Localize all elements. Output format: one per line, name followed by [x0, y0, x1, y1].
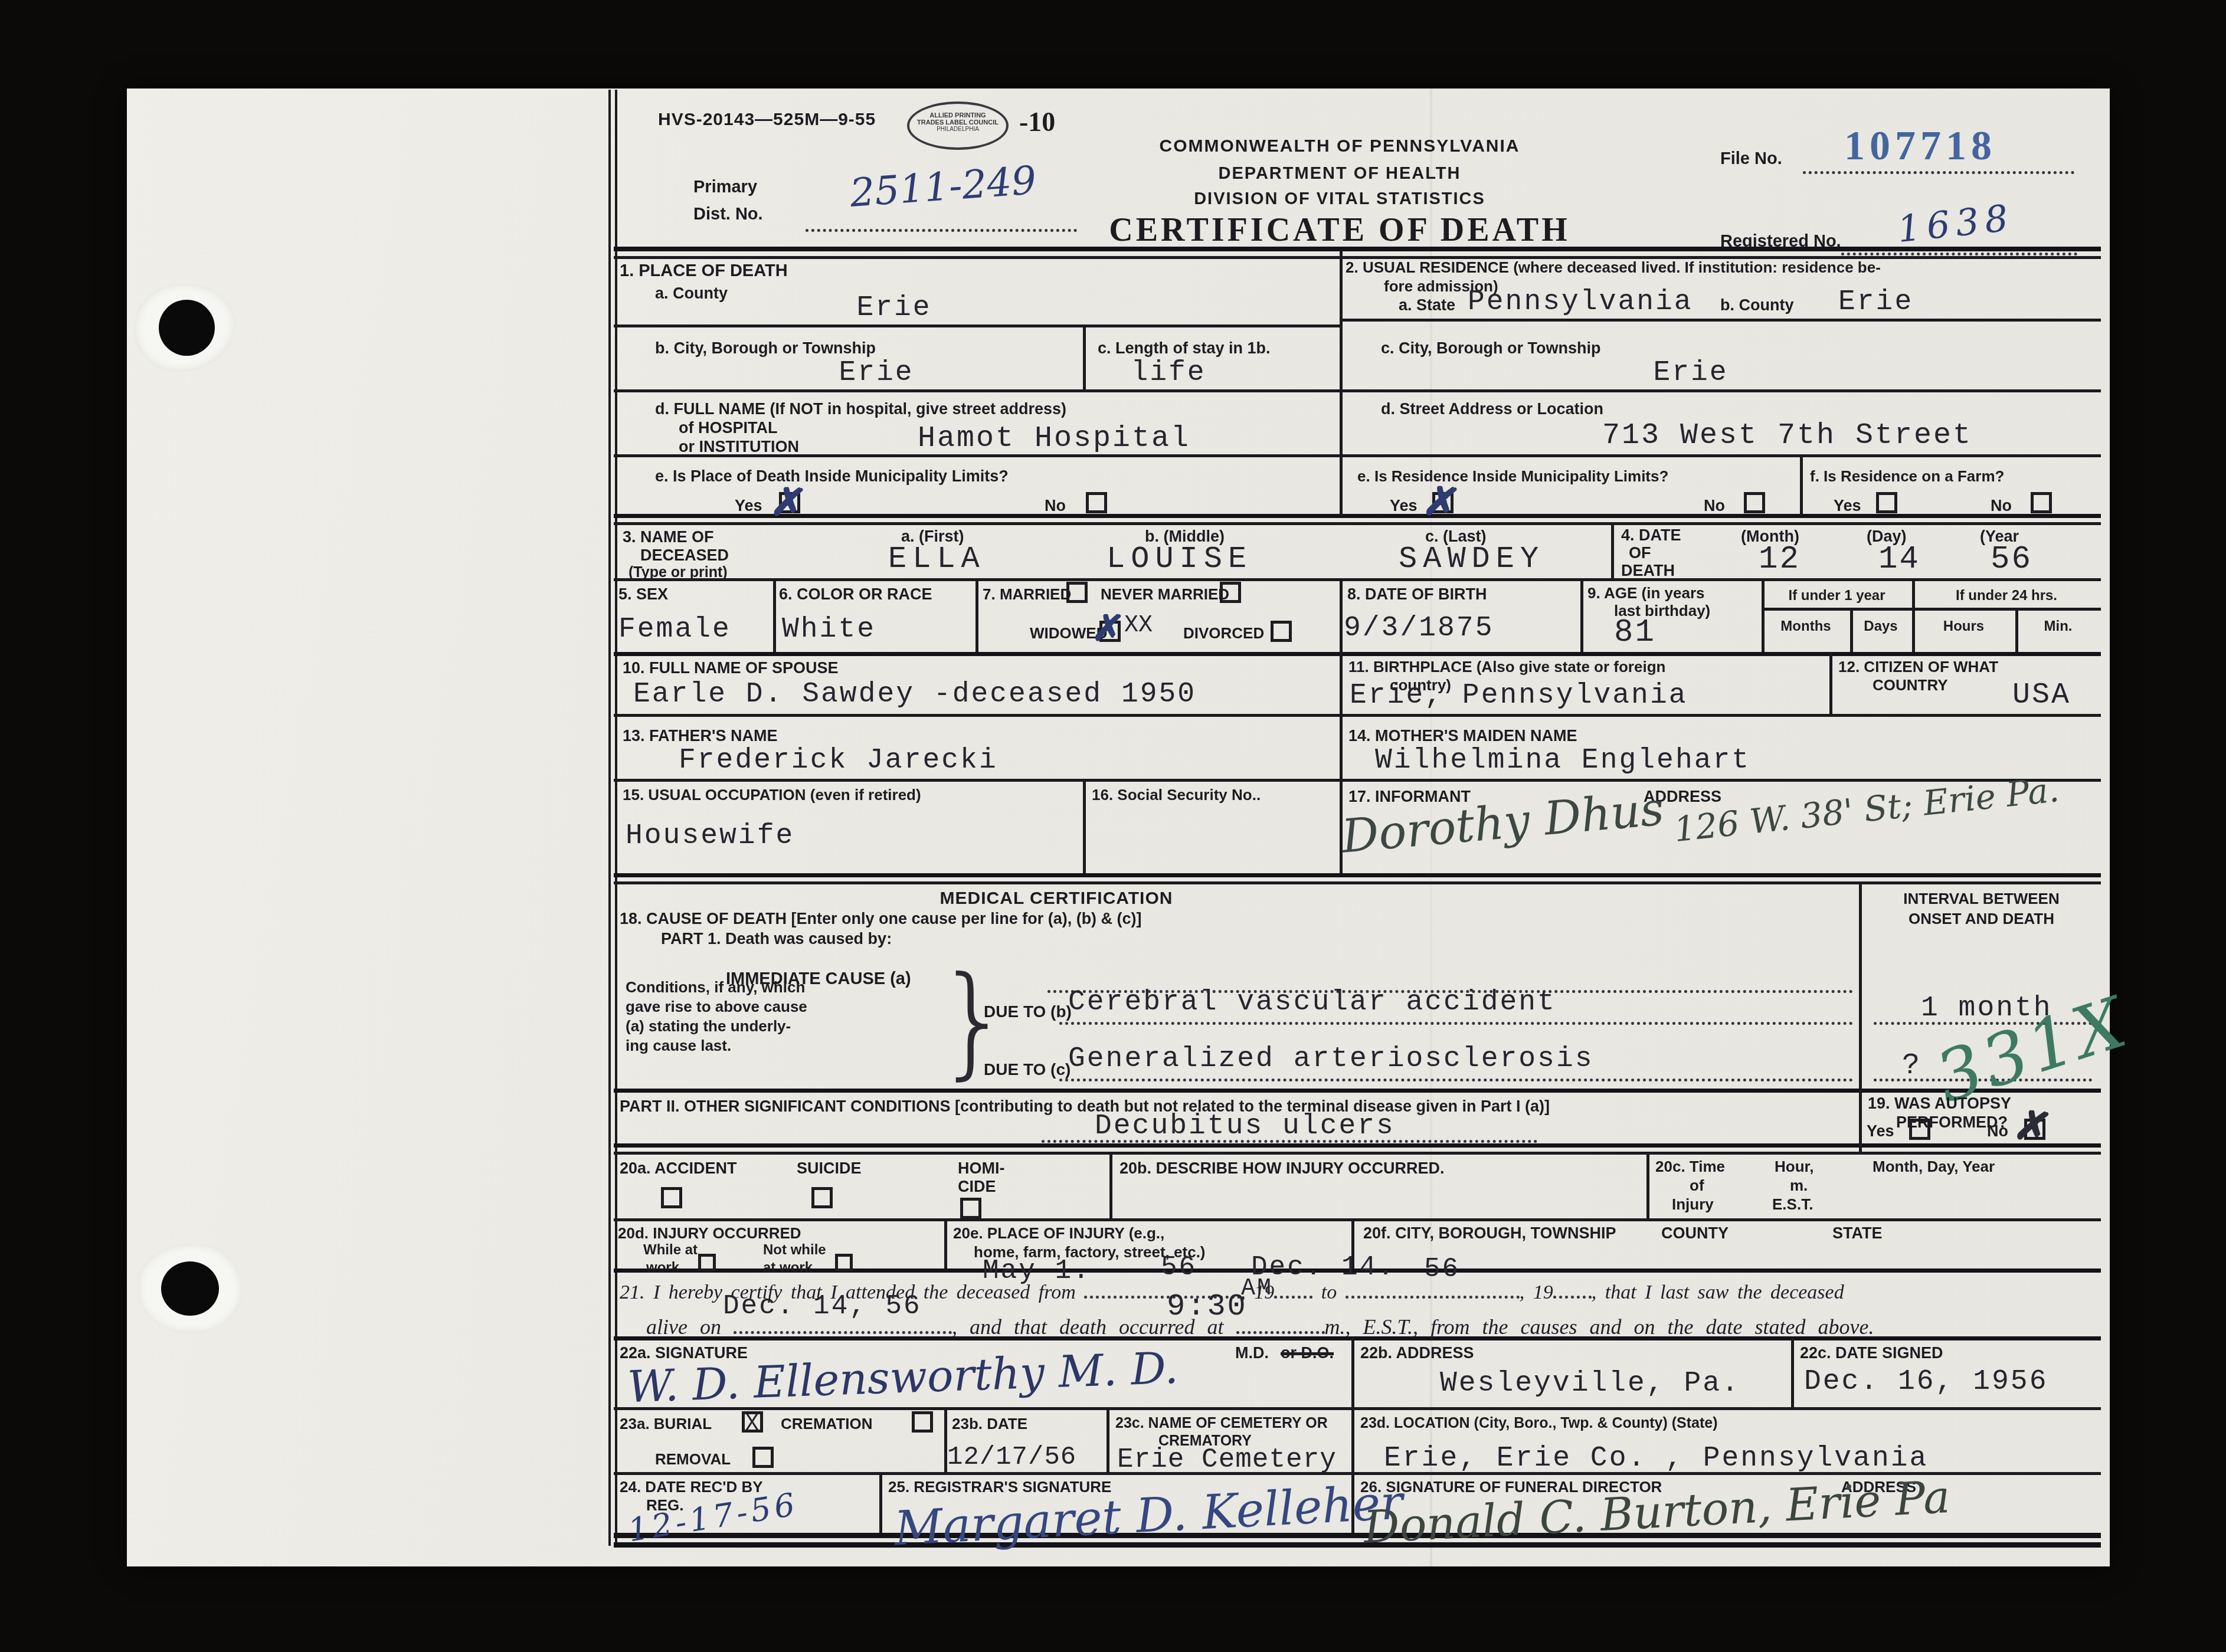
union-label-suffix: -10 — [1019, 106, 1055, 137]
s23a-burial-label: 23a. BURIAL — [620, 1415, 712, 1433]
s2f-yes-checkbox[interactable] — [1876, 492, 1897, 513]
s1d-value: Hamot Hospital — [918, 422, 1190, 455]
s21-fromyear-value: 56 — [1161, 1252, 1197, 1283]
rule — [1580, 578, 1583, 652]
s20d-whileat-2: work — [646, 1260, 679, 1276]
punch-hole-top — [159, 300, 215, 356]
s20f-label: 20f. CITY, BOROUGH, TOWNSHIP — [1363, 1224, 1616, 1243]
s1b-label: b. City, Borough or Township — [655, 339, 876, 358]
s20c-time-3: Injury — [1672, 1195, 1714, 1214]
scanned-death-certificate: { "colors":{"paper":"#eae9e4","ink":"#1d… — [0, 0, 2226, 1652]
rule — [1800, 454, 1803, 516]
s20a-accident-label: 20a. ACCIDENT — [620, 1159, 737, 1178]
s22a-md-label: M.D. — [1235, 1344, 1269, 1363]
s22b-label: 22b. ADDRESS — [1360, 1344, 1474, 1363]
s14-label: 14. MOTHER'S MAIDEN NAME — [1348, 727, 1577, 746]
s3-title2: DECEASED — [640, 546, 729, 565]
s20d-label: 20d. INJURY OCCURRED — [618, 1224, 801, 1243]
s15-label: 15. USUAL OCCUPATION (even if retired) — [623, 786, 921, 804]
s7-divorced-checkbox[interactable] — [1271, 621, 1292, 642]
s2a-value: Pennsylvania — [1468, 286, 1693, 318]
s20d-notwhile-2: at work — [763, 1260, 813, 1276]
s11-label1: 11. BIRTHPLACE (Also give state or forei… — [1348, 658, 1665, 676]
s7-widowed-xx: XX — [1124, 612, 1153, 639]
s20e-label-1: 20e. PLACE OF INJURY (e.g., — [953, 1224, 1164, 1243]
rule — [614, 1218, 2101, 1221]
rule — [614, 1407, 2101, 1410]
s7-married-label: 7. MARRIED — [983, 585, 1071, 604]
s4-day-value: 14 — [1878, 542, 1920, 578]
s21-text-3: to — [1321, 1281, 1337, 1303]
s21-fromyear-line — [1274, 1296, 1312, 1299]
s3-last-value: SAWDEY — [1399, 542, 1544, 576]
union-label-line2: TRADES LABEL COUNCIL — [909, 119, 1006, 126]
s2b-value: Erie — [1838, 286, 1913, 318]
s10-value: Earle D. Sawdey -deceased 1950 — [633, 678, 1196, 710]
interval-header-2: ONSET AND DEATH — [1865, 910, 2098, 928]
s18-cond-line3: (a) stating the underly- — [626, 1017, 791, 1035]
s8-value: 9/3/1875 — [1344, 612, 1494, 644]
union-label-line1: ALLIED PRINTING — [909, 112, 1006, 119]
rule — [614, 1089, 2101, 1093]
s23b-label: 23b. DATE — [952, 1415, 1027, 1433]
s20c-time-2: of — [1690, 1176, 1704, 1195]
s9-hours-label: Hours — [1915, 618, 2012, 635]
punch-hole-area-top — [134, 283, 235, 372]
s2b-label: b. County — [1720, 296, 1793, 315]
rule — [773, 578, 776, 652]
rule — [614, 1143, 2101, 1148]
s21-ampm-value: AM — [1241, 1276, 1273, 1302]
s20d-whileat-1: While at — [643, 1242, 698, 1258]
s20c-hour-2: m. — [1790, 1176, 1808, 1195]
s9-days-label: Days — [1851, 618, 1910, 635]
s18-part1-label: PART 1. Death was caused by: — [661, 930, 892, 949]
s23a-burial-mark: X — [745, 1411, 759, 1437]
s20a-accident-checkbox[interactable] — [661, 1187, 682, 1208]
s7-never-label: NEVER MARRIED — [1101, 585, 1229, 604]
rule — [1340, 251, 1343, 516]
s12-value: USA — [2012, 678, 2071, 712]
s21-text-6: alive on — [646, 1315, 721, 1339]
s1e-no-label: No — [1045, 497, 1066, 516]
header-division: DIVISION OF VITAL STATISTICS — [1045, 189, 1635, 209]
s2f-label: f. Is Residence on a Farm? — [1810, 467, 2004, 486]
header-department: DEPARTMENT OF HEALTH — [1045, 163, 1635, 183]
s9-under24-label: If under 24 hrs. — [1915, 588, 2098, 604]
rule — [614, 389, 2101, 392]
s7-widowed-checkbox[interactable] — [1099, 621, 1121, 642]
rule — [1340, 578, 1343, 652]
s21-alive-line — [734, 1331, 952, 1334]
rule — [1762, 608, 2101, 611]
s23d-value: Erie, Erie Co. , Pennsylvania — [1384, 1443, 1928, 1474]
s20d-whileat-checkbox[interactable] — [698, 1254, 716, 1271]
rule — [1351, 1407, 1354, 1472]
rule — [1791, 1336, 1794, 1407]
rule — [614, 1152, 2101, 1155]
form-stock-number: HVS-20143—525M—9-55 — [658, 109, 876, 130]
rule — [614, 514, 2101, 518]
s19-no-checkbox[interactable] — [2024, 1119, 2045, 1140]
rule — [1109, 1152, 1112, 1218]
s18-duec-label: DUE TO (c) — [984, 1060, 1071, 1079]
s20a-homicide-checkbox[interactable] — [960, 1198, 981, 1219]
s20a-homicide-label-1: HOMI- — [958, 1159, 1004, 1178]
s18-dueb-label: DUE TO (b) — [984, 1002, 1072, 1021]
rule — [614, 1542, 2101, 1548]
s1a-value: Erie — [806, 292, 983, 324]
s12-label2: COUNTRY — [1873, 676, 1948, 694]
file-no-line — [1803, 171, 2074, 174]
header-commonwealth: COMMONWEALTH OF PENNSYLVANIA — [1045, 136, 1635, 156]
part2-line — [1042, 1140, 1537, 1143]
s2d-value: 713 West 7th Street — [1602, 419, 1972, 453]
s2e-yes-label: Yes — [1390, 497, 1418, 516]
interval-header-1: INTERVAL BETWEEN — [1865, 890, 2098, 908]
s2f-no-label: No — [1991, 497, 2012, 516]
primary-dist-label-1: Primary — [693, 177, 757, 197]
s23a-cremation-checkbox[interactable] — [912, 1411, 933, 1433]
s2a-label: a. State — [1399, 296, 1455, 315]
primary-dist-value: 2511-249 — [849, 158, 1038, 216]
rule — [614, 881, 2101, 884]
s21-from-value: May 1. — [983, 1256, 1091, 1286]
s20c-mdy-label: Month, Day, Year — [1873, 1158, 1995, 1176]
rule — [614, 522, 2101, 525]
s20f-county-label: COUNTY — [1661, 1224, 1729, 1243]
s3-title3: (Type or print) — [628, 564, 728, 582]
s1b-value: Erie — [788, 357, 965, 389]
s13-value: Frederick Jarecki — [679, 745, 998, 776]
s18-duec-line — [1059, 1079, 1853, 1081]
rule — [879, 1472, 882, 1533]
form-left-rule-inner — [615, 90, 617, 1546]
certificate-title: CERTIFICATE OF DEATH — [1045, 211, 1635, 249]
rule — [614, 1533, 2101, 1538]
s5-value: Female — [618, 614, 731, 645]
rule — [614, 324, 1340, 327]
interval-c-value: ? — [1902, 1049, 1921, 1083]
s21-time-line — [1236, 1331, 1325, 1334]
s9-months-label: Months — [1765, 618, 1847, 635]
rule — [614, 873, 2101, 877]
s20c-time-1: 20c. Time — [1655, 1158, 1725, 1176]
s7-married-checkbox[interactable] — [1066, 582, 1088, 603]
s18-duec-value: Generalized arteriosclerosis — [1068, 1043, 1594, 1075]
s4-label3: DEATH — [1621, 562, 1675, 581]
rule — [1829, 652, 1832, 714]
rule — [1107, 1407, 1109, 1472]
s6-label: 6. COLOR OR RACE — [779, 585, 932, 604]
registered-no-line — [1841, 253, 2077, 255]
rule — [944, 1218, 947, 1268]
s20d-notwhile-1: Not while — [763, 1242, 826, 1258]
s14-value: Wilhelmina Englehart — [1375, 745, 1750, 776]
s3-title1: 3. NAME OF — [623, 528, 714, 547]
rule — [614, 779, 2101, 782]
s23c-value: Erie Cemetery — [1117, 1444, 1337, 1475]
s22c-value: Dec. 16, 1956 — [1804, 1366, 2048, 1398]
s18-cond-line1: Conditions, if any, which — [626, 978, 805, 997]
rule — [614, 714, 2101, 717]
s23d-label: 23d. LOCATION (City, Boro., Twp. & Count… — [1360, 1415, 1718, 1433]
s20d-notwhile-checkbox[interactable] — [835, 1254, 853, 1271]
s7-widowed-label: WIDOWED — [1030, 624, 1107, 643]
s8-label: 8. DATE OF BIRTH — [1347, 585, 1487, 604]
s20c-hour-3: E.S.T. — [1772, 1195, 1813, 1214]
s21-text-4: , 19 — [1520, 1281, 1553, 1303]
s1e-no-checkbox[interactable] — [1086, 492, 1107, 513]
s22a-ordo-label: or D.O. — [1281, 1344, 1334, 1363]
rule — [1340, 319, 2101, 322]
s4-label1: 4. DATE — [1621, 526, 1681, 545]
union-label-line3: PHILADELPHIA — [909, 126, 1006, 133]
s23a-removal-checkbox[interactable] — [752, 1447, 774, 1468]
s16-label: 16. Social Security No.. — [1092, 786, 1261, 804]
s9-min-label: Min. — [2018, 618, 2098, 635]
s1-title: 1. PLACE OF DEATH — [620, 261, 788, 281]
rule — [975, 578, 978, 652]
s2e-no-checkbox[interactable] — [1744, 492, 1765, 513]
s21-to-line — [1346, 1296, 1520, 1299]
s18-cond-line4: ing cause last. — [626, 1037, 731, 1055]
s21-text-8: m., E.S.T., from the causes and on the d… — [1325, 1315, 1874, 1339]
s1a-label: a. County — [655, 284, 728, 303]
rule — [614, 247, 2101, 251]
s2e-yes-checkbox[interactable] — [1432, 492, 1454, 513]
s20a-suicide-checkbox[interactable] — [811, 1187, 833, 1208]
s12-label1: 12. CITIZEN OF WHAT — [1838, 658, 1998, 676]
s20a-homicide-label-2: CIDE — [958, 1178, 996, 1197]
s22b-value: Wesleyville, Pa. — [1440, 1368, 1740, 1399]
s19-yes-checkbox[interactable] — [1909, 1119, 1930, 1140]
s20c-hour-1: Hour, — [1775, 1158, 1813, 1176]
file-no-value: 107718 — [1844, 123, 1996, 170]
s9-under1yr-label: If under 1 year — [1765, 588, 1909, 604]
part2-value: Decubitus ulcers — [1095, 1110, 1395, 1142]
s1d-label2: of HOSPITAL — [679, 419, 777, 438]
s21-alive-value: Dec. 14, 56 — [723, 1291, 922, 1322]
s18-dueb-line — [1059, 1022, 1853, 1025]
punch-hole-bottom — [161, 1261, 219, 1316]
form-left-rule-outer — [608, 90, 611, 1546]
file-no-label: File No. — [1720, 149, 1782, 169]
s19-label1: 19. WAS AUTOPSY — [1868, 1094, 2011, 1113]
s21-toyear-value: 56 — [1424, 1254, 1460, 1284]
s7-divorced-label: DIVORCED — [1183, 624, 1264, 643]
s2e-label: e. Is Residence Inside Municipality Limi… — [1357, 467, 1668, 486]
union-printing-label: ALLIED PRINTING TRADES LABEL COUNCIL PHI… — [907, 101, 1009, 150]
rule — [1611, 522, 1614, 578]
registered-no-value: 1638 — [1896, 196, 2016, 251]
s1c-value: life — [1095, 357, 1242, 389]
s19-yes-label: Yes — [1867, 1122, 1894, 1141]
s21-text-5: , that I last saw the deceased — [1592, 1281, 1844, 1303]
s1d-label3: or INSTITUTION — [679, 438, 799, 457]
s21-time-value: 9:30 — [1167, 1289, 1248, 1324]
s5-label: 5. SEX — [618, 585, 668, 604]
rule — [614, 578, 2101, 581]
s4-year-value: 56 — [1991, 542, 2032, 578]
s21-toyear-line — [1553, 1296, 1592, 1299]
part2-label: PART II. OTHER SIGNIFICANT CONDITIONS [c… — [620, 1097, 1550, 1116]
s1e-yes-label: Yes — [735, 497, 762, 516]
rule — [1083, 779, 1086, 873]
s2c-value: Erie — [1602, 357, 1779, 389]
s23a-removal-label: REMOVAL — [655, 1450, 731, 1469]
s18-cond-line2: gave rise to above cause — [626, 998, 807, 1016]
s20f-state-label: STATE — [1832, 1224, 1883, 1243]
rule — [1859, 881, 1862, 1152]
s1e-yes-checkbox[interactable] — [779, 492, 800, 513]
s19-no-label: No — [1987, 1122, 2008, 1141]
s20a-suicide-label: SUICIDE — [797, 1159, 862, 1178]
s1c-label: c. Length of stay in 1b. — [1098, 339, 1271, 358]
s13-label: 13. FATHER'S NAME — [623, 727, 777, 746]
rule — [614, 454, 2101, 457]
s2f-no-checkbox[interactable] — [2031, 492, 2052, 513]
s15-value: Housewife — [626, 820, 794, 852]
s2e-no-label: No — [1704, 497, 1725, 516]
s23c-label-1: 23c. NAME OF CEMETERY OR — [1115, 1415, 1328, 1433]
s4-label2: OF — [1629, 544, 1651, 563]
s2-title1: 2. USUAL RESIDENCE (where deceased lived… — [1346, 258, 1881, 277]
s1d-label1: d. FULL NAME (If NOT in hospital, give s… — [655, 400, 1066, 419]
s22c-label: 22c. DATE SIGNED — [1800, 1344, 1943, 1363]
s3-middle-value: LOUISE — [1107, 542, 1252, 576]
s23b-value: 12/17/56 — [947, 1443, 1076, 1472]
s1e-label: e. Is Place of Death Inside Municipality… — [655, 467, 1009, 486]
rule — [1646, 1152, 1649, 1218]
s10-label: 10. FULL NAME OF SPOUSE — [623, 659, 839, 678]
s7-never-checkbox[interactable] — [1220, 582, 1241, 603]
s2c-label: c. City, Borough or Township — [1381, 339, 1600, 358]
s3-first-value: ELLA — [888, 542, 986, 576]
s9-value: 81 — [1614, 615, 1656, 651]
s18-dueb-value: Cerebral vascular accident — [1068, 986, 1556, 1018]
s11-value: Erie, Pennsylvania — [1350, 680, 1687, 712]
s4-month-value: 12 — [1759, 542, 1801, 578]
rule — [1083, 324, 1086, 389]
rule — [1351, 1336, 1354, 1407]
rule — [614, 652, 2101, 656]
rule — [1340, 652, 1343, 714]
primary-dist-line — [806, 229, 1077, 232]
s18-label: 18. CAUSE OF DEATH [Enter only one cause… — [620, 910, 1142, 929]
s2d-label: d. Street Address or Location — [1381, 400, 1603, 419]
s6-value: White — [782, 614, 876, 645]
primary-dist-label-2: Dist. No. — [693, 204, 763, 224]
s20b-label: 20b. DESCRIBE HOW INJURY OCCURRED. — [1119, 1159, 1445, 1178]
s23a-cremation-label: CREMATION — [781, 1415, 873, 1433]
s2f-yes-label: Yes — [1834, 497, 1861, 516]
certificate-paper: HVS-20143—525M—9-55 ALLIED PRINTING TRAD… — [127, 88, 2110, 1566]
rule — [1340, 714, 1343, 779]
medical-title: MEDICAL CERTIFICATION — [761, 888, 1351, 909]
punch-hole-area-bottom — [138, 1244, 243, 1333]
s9-label1: 9. AGE (in years — [1587, 584, 1704, 602]
